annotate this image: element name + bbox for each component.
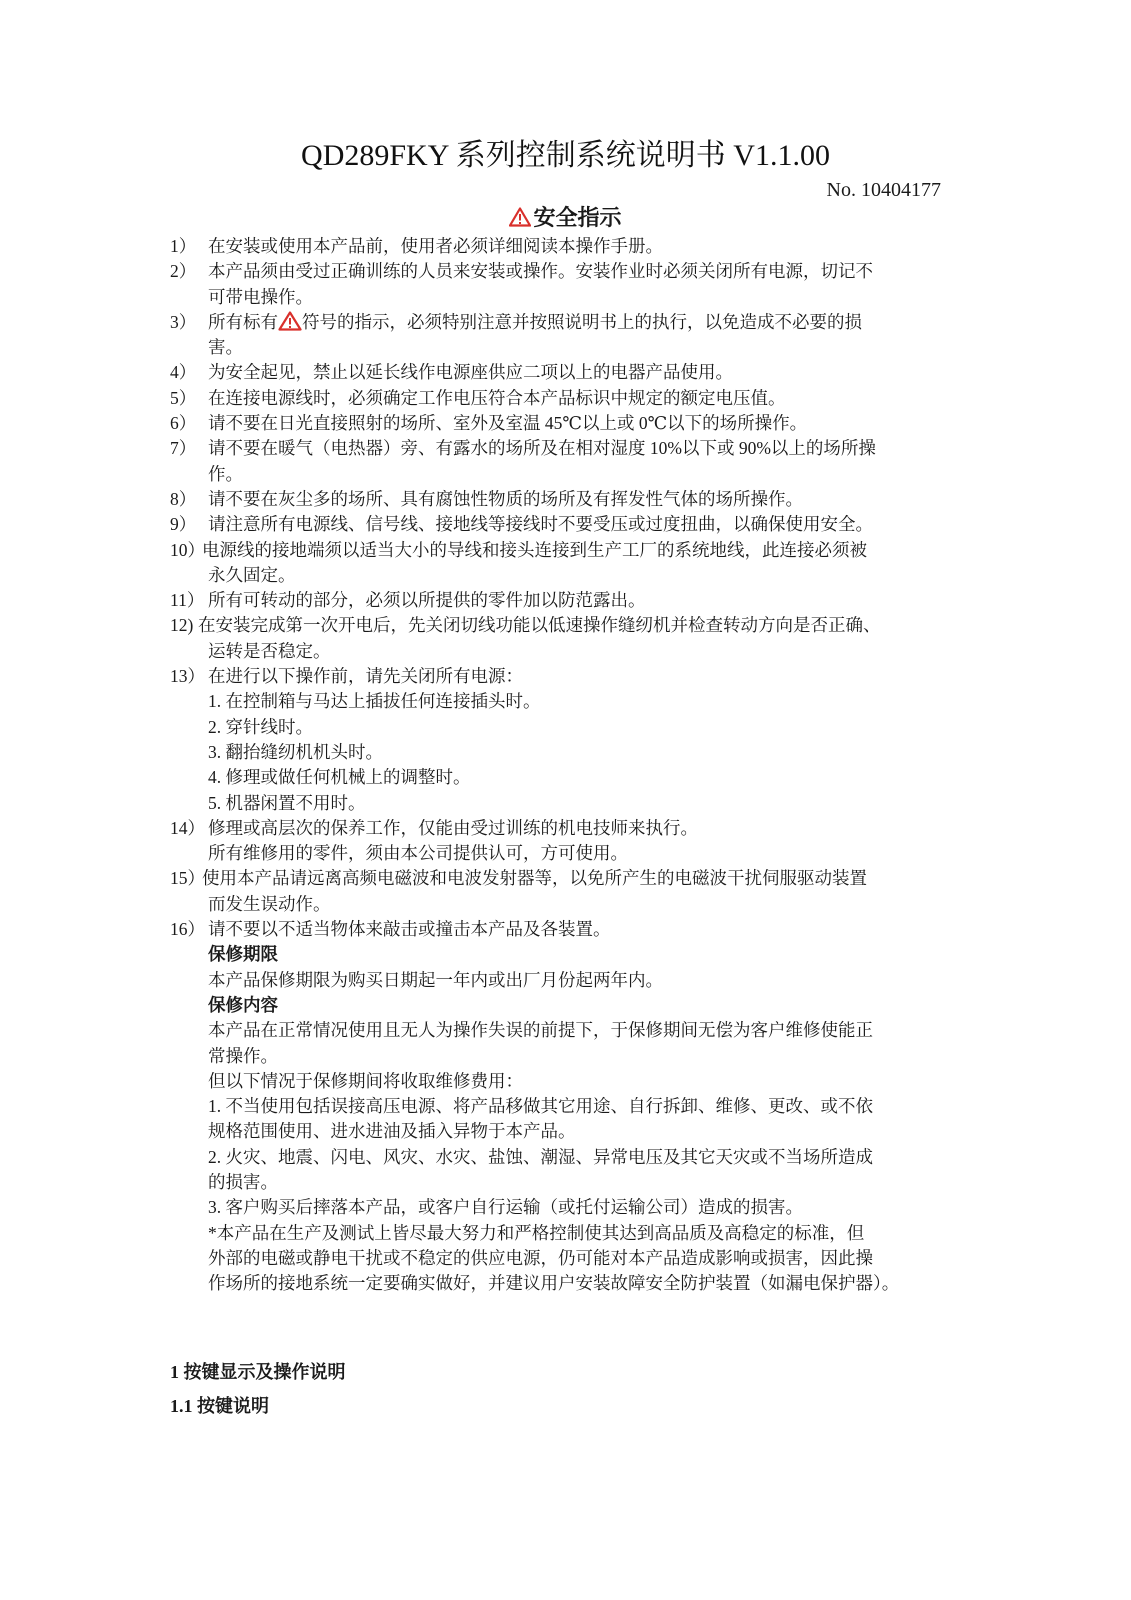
safety-item-13-sub-5: 5. 机器闲置不用时。 (170, 791, 960, 816)
safety-item-9: 9）请注意所有电源线、信号线、接地线等接线时不要受压或过度扭曲，以确保使用安全。 (170, 512, 960, 537)
safety-item-15: 15）使用本产品请远离高频电磁波和电波发射器等，以免所产生的电磁波干扰伺服驱动装… (170, 866, 960, 891)
warranty-note-line-3: 作场所的接地系统一定要确实做好，并建议用户安装故障安全防护装置（如漏电保护器）。 (170, 1271, 960, 1296)
safety-item-2-cont: 可带电操作。 (170, 285, 960, 310)
warranty-content-line-2: 常操作。 (170, 1044, 960, 1069)
warranty-charge-item-1: 1. 不当使用包括误接高压电源、将产品移做其它用途、自行拆卸、维修、更改、或不依 (170, 1094, 960, 1119)
warranty-charge-item-2-cont: 的损害。 (170, 1170, 960, 1195)
safety-item-13-sub-1: 1. 在控制箱与马达上插拔任何连接插头时。 (170, 689, 960, 714)
safety-item-5: 5）在连接电源线时，必须确定工作电压符合本产品标识中规定的额定电压值。 (170, 386, 960, 411)
safety-item-2: 2）本产品须由受过正确训练的人员来安装或操作。安装作业时必须关闭所有电源，切记不 (170, 259, 960, 284)
safety-item-13-sub-4: 4. 修理或做任何机械上的调整时。 (170, 765, 960, 790)
warranty-content-heading: 保修内容 (170, 993, 960, 1018)
safety-item-16: 16）请不要以不适当物体来敲击或撞击本产品及各装置。 (170, 917, 960, 942)
warranty-content-line-1: 本产品在正常情况使用且无人为操作失误的前提下，于保修期间无偿为客户维修使能正 (170, 1018, 960, 1043)
safety-item-7-cont: 作。 (170, 462, 960, 487)
safety-item-13-sub-2: 2. 穿针线时。 (170, 715, 960, 740)
safety-item-10: 10）电源线的接地端须以适当大小的导线和接头连接到生产工厂的系统地线，此连接必须… (170, 538, 960, 563)
safety-item-3-cont: 害。 (170, 335, 960, 360)
warning-triangle-icon (509, 207, 531, 227)
safety-item-8: 8）请不要在灰尘多的场所、具有腐蚀性物质的场所及有挥发性气体的场所操作。 (170, 487, 960, 512)
warranty-period-heading: 保修期限 (170, 942, 960, 967)
warranty-charge-item-3: 3. 客户购买后摔落本产品，或客户自行运输（或托付运输公司）造成的损害。 (170, 1195, 960, 1220)
warranty-note-line-2: 外部的电磁或静电干扰或不稳定的供应电源，仍可能对本产品造成影响或损害，因此操 (170, 1246, 960, 1271)
warranty-period-text: 本产品保修期限为购买日期起一年内或出厂月份起两年内。 (170, 968, 960, 993)
safety-heading: 安全指示 (0, 204, 1131, 232)
safety-item-7: 7）请不要在暖气（电热器）旁、有露水的场所及在相对湿度 10%以下或 90%以上… (170, 436, 960, 461)
safety-item-4: 4）为安全起见，禁止以延长线作电源座供应二项以上的电器产品使用。 (170, 360, 960, 385)
safety-item-10-cont: 永久固定。 (170, 563, 960, 588)
safety-item-14-cont: 所有维修用的零件，须由本公司提供认可，方可使用。 (170, 841, 960, 866)
document-number: No. 10404177 (827, 178, 941, 202)
safety-item-3: 3）所有标有 符号的指示，必须特别注意并按照说明书上的执行，以免造成不必要的损 (170, 310, 960, 335)
warranty-charge-item-2: 2. 火灾、地震、闪电、风灾、水灾、盐蚀、潮湿、异常电压及其它天灾或不当场所造成 (170, 1145, 960, 1170)
warranty-note-line-1: *本产品在生产及测试上皆尽最大努力和严格控制使其达到高品质及高稳定的标准，但 (170, 1221, 960, 1246)
safety-item-11: 11）所有可转动的部分，必须以所提供的零件加以防范露出。 (170, 588, 960, 613)
safety-item-13-sub-3: 3. 翻抬缝纫机机头时。 (170, 740, 960, 765)
safety-item-12: 12)在安装完成第一次开电后，先关闭切线功能以低速操作缝纫机并检查转动方向是否正… (170, 613, 960, 638)
safety-item-6: 6）请不要在日光直接照射的场所、室外及室温 45℃以上或 0℃以下的场所操作。 (170, 411, 960, 436)
safety-item-13: 13）在进行以下操作前，请先关闭所有电源： (170, 664, 960, 689)
document-body: 1）在安装或使用本产品前，使用者必须详细阅读本操作手册。 2）本产品须由受过正确… (170, 234, 960, 1296)
safety-item-14: 14）修理或高层次的保养工作，仅能由受过训练的机电技师来执行。 (170, 816, 960, 841)
document-title: QD289FKY 系列控制系统说明书 V1.1.00 (0, 138, 1131, 174)
safety-item-15-cont: 而发生误动作。 (170, 892, 960, 917)
warranty-charge-intro: 但以下情况于保修期间将收取维修费用： (170, 1069, 960, 1094)
document-page: QD289FKY 系列控制系统说明书 V1.1.00 No. 10404177 … (0, 0, 1131, 1600)
safety-item-1: 1）在安装或使用本产品前，使用者必须详细阅读本操作手册。 (170, 234, 960, 259)
section-heading-1: 1 按键显示及操作说明 (170, 1360, 346, 1384)
warranty-charge-item-1-cont: 规格范围使用、进水进油及插入异物于本产品。 (170, 1119, 960, 1144)
safety-item-12-cont: 运转是否稳定。 (170, 639, 960, 664)
section-heading-1-1: 1.1 按键说明 (170, 1394, 269, 1418)
warning-triangle-icon (278, 311, 302, 331)
safety-heading-text: 安全指示 (533, 205, 621, 230)
